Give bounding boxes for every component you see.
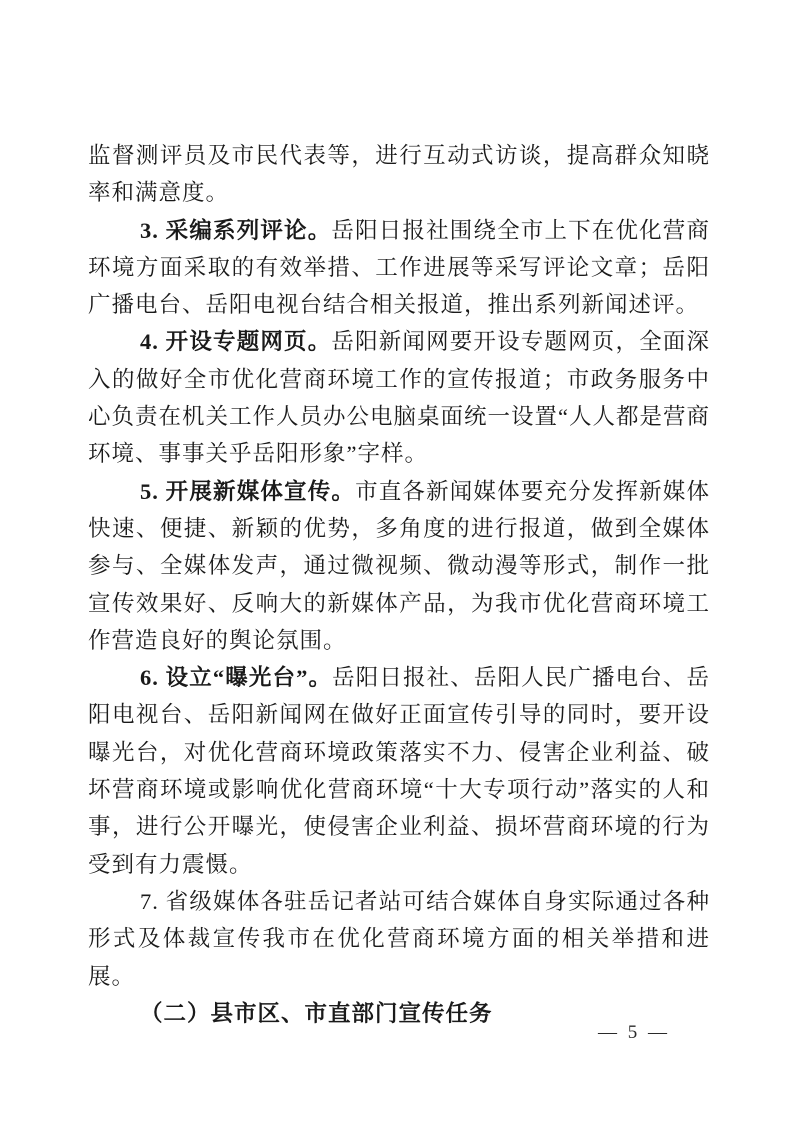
paragraph-item-6: 6. 设立“曝光台”。岳阳日报社、岳阳人民广播电台、岳阳电视台、岳阳新闻网在做好… [88,659,710,883]
paragraph-continuation-text: 监督测评员及市民代表等，进行互动式访谈，提高群众知晓率和满意度。 [88,143,710,205]
paragraph-item-4-lead: 4. 开设专题网页。 [140,329,331,354]
paragraph-item-5-lead: 5. 开展新媒体宣传。 [140,479,355,504]
document-page: 监督测评员及市民代表等，进行互动式访谈，提高群众知晓率和满意度。 3. 采编系列… [0,0,793,1122]
paragraph-item-6-lead: 6. 设立“曝光台”。 [140,665,332,690]
paragraph-item-7-text: 7. 省级媒体各驻岳记者站可结合媒体自身实际通过各种形式及体裁宣传我市在优化营商… [88,889,710,989]
page-number: — 5 — [584,1022,684,1044]
paragraph-item-6-text: 岳阳日报社、岳阳人民广播电台、岳阳电视台、岳阳新闻网在做好正面宣传引导的同时，要… [88,665,710,876]
paragraph-item-3-lead: 3. 采编系列评论。 [140,218,331,243]
paragraph-item-3: 3. 采编系列评论。岳阳日报社围绕全市上下在优化营商环境方面采取的有效举措、工作… [88,212,710,324]
section-subheading-text: （二）县市区、市直部门宣传任务 [140,1001,493,1026]
paragraph-item-5: 5. 开展新媒体宣传。市直各新闻媒体要充分发挥新媒体快速、便捷、新颖的优势，多角… [88,473,710,659]
paragraph-item-4: 4. 开设专题网页。岳阳新闻网要开设专题网页，全面深入的做好全市优化营商环境工作… [88,323,710,472]
paragraph-item-7: 7. 省级媒体各驻岳记者站可结合媒体自身实际通过各种形式及体裁宣传我市在优化营商… [88,883,710,995]
document-body: 监督测评员及市民代表等，进行互动式访谈，提高群众知晓率和满意度。 3. 采编系列… [88,137,710,1032]
paragraph-continuation: 监督测评员及市民代表等，进行互动式访谈，提高群众知晓率和满意度。 [88,137,710,212]
paragraph-item-5-text: 市直各新闻媒体要充分发挥新媒体快速、便捷、新颖的优势，多角度的进行报道，做到全媒… [88,479,710,653]
